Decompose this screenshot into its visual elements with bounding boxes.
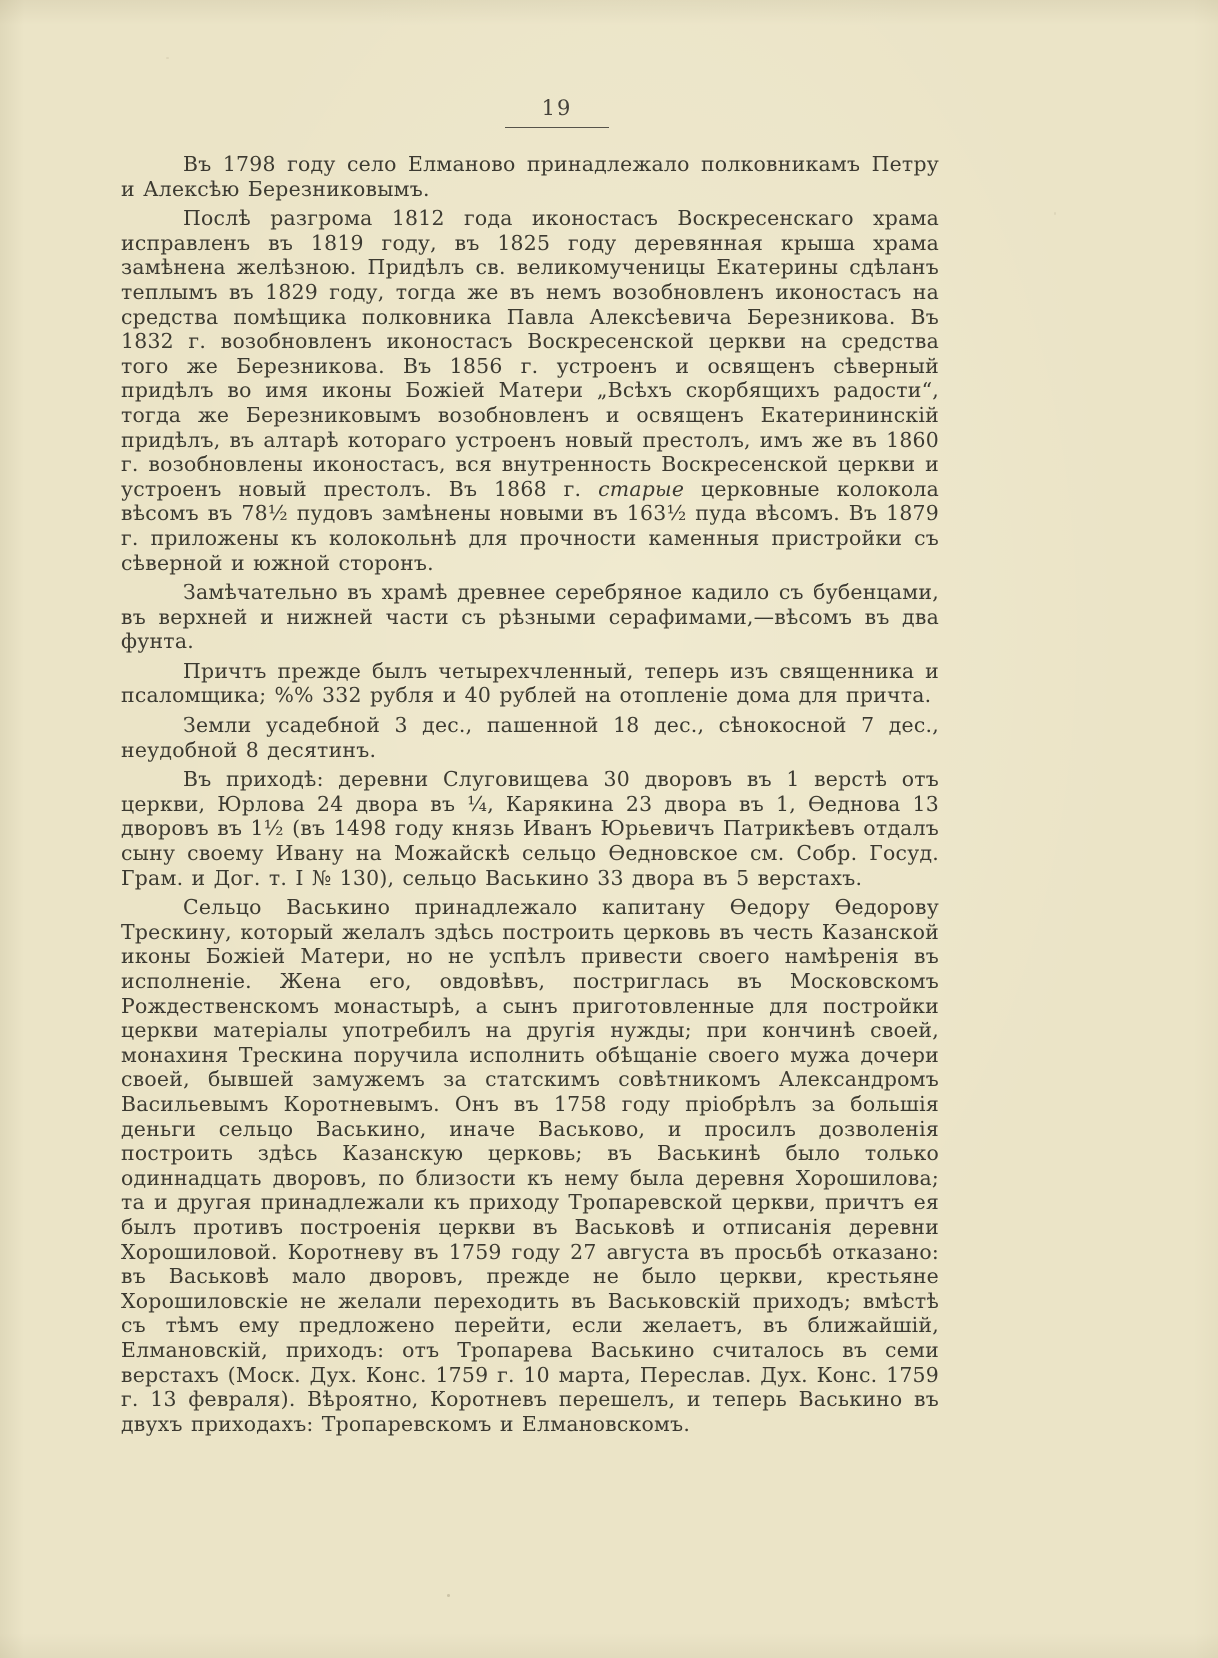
paragraph: Послѣ разгрома 1812 года иконостасъ Воск… [121,206,939,575]
paragraph: Въ 1798 году село Елманово принадлежало … [121,152,939,201]
paper-speck [166,57,169,59]
paragraph: Замѣчательно въ храмѣ древнее серебряное… [121,580,939,654]
paragraph: Причтъ прежде былъ четырехчленный, тепер… [121,659,939,708]
paragraph: Въ приходѣ: деревни Слуговищева 30 дворо… [121,767,939,890]
scanned-book-page: { "page": { "number": "19", "paper_color… [0,0,1218,1658]
body-text: Въ 1798 году село Елманово принадлежало … [121,152,939,1436]
paper-speck [529,1381,531,1383]
page-number: 19 [505,96,609,128]
paper-speck [1054,212,1056,215]
paragraph: Сельцо Васькино принадлежало капитану Ѳе… [121,895,939,1436]
page-number-text: 19 [542,96,573,120]
paper-speck [447,1594,450,1597]
paragraph: Земли усадебной 3 дес., пашенной 18 дес.… [121,713,939,762]
